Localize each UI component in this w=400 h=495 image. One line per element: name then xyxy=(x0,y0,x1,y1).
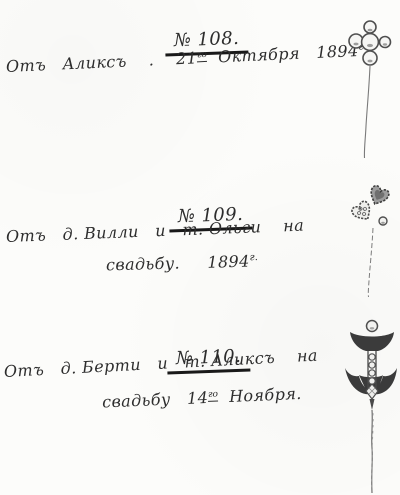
scanned-album-page: № 108. Отъ Аликсъ . 21го Октября 1894г. xyxy=(0,0,400,495)
pearl-cross-stickpin-icon xyxy=(338,14,395,160)
double-hearts-stickpin-icon xyxy=(346,178,396,298)
entry-text: свадьбу 14го Ноября. xyxy=(92,383,313,412)
entry-text: свадьбу. 1894г. xyxy=(82,251,282,275)
anchor-stickpin-icon xyxy=(342,318,400,495)
